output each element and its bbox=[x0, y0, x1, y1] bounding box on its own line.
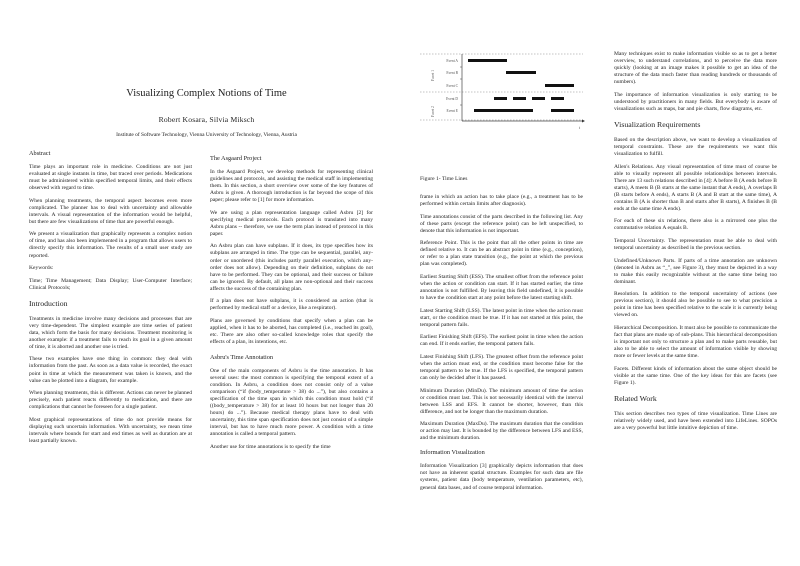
asgaard-paragraph: An Asbru plan can have subplans. If it d… bbox=[210, 243, 373, 292]
req-mirrored: For each of these six relations, there a… bbox=[614, 218, 777, 232]
req-resolution: Resolution. In addition to the temporal … bbox=[614, 291, 777, 319]
introduction-heading: Introduction bbox=[29, 299, 192, 308]
column-4: Many techniques exist to make informatio… bbox=[614, 51, 777, 437]
column-1: Abstract Time plays an important role in… bbox=[29, 150, 192, 450]
abstract-paragraph: We present a visualization that graphica… bbox=[29, 231, 192, 259]
keywords: Time; Time Management; Data Display; Use… bbox=[29, 278, 192, 292]
event-e-bar bbox=[551, 109, 574, 112]
time-lines-chart: t Facet 1 Facet 2 Event A Event B Event … bbox=[420, 49, 588, 177]
svg-text:Event E: Event E bbox=[447, 109, 459, 113]
event-a-bar bbox=[468, 59, 507, 62]
facet-1-label: Facet 1 bbox=[431, 70, 435, 81]
asgaard-paragraph: If a plan does not have subplans, it is … bbox=[210, 298, 373, 312]
requirements-intro: Based on the description above, we want … bbox=[614, 137, 777, 158]
event-d-bar bbox=[532, 97, 545, 100]
paragraph: Time annotations consist of the parts de… bbox=[420, 214, 583, 235]
column-3: frame in which an action has to take pla… bbox=[420, 194, 583, 497]
paper-authors: Robert Kosara, Silvia Miksch bbox=[0, 115, 413, 124]
intro-paragraph: These two examples have one thing in com… bbox=[29, 356, 192, 384]
paragraph: frame in which an action has to take pla… bbox=[420, 194, 583, 208]
infovis-paragraph: Information Visualization [3] graphicall… bbox=[420, 463, 583, 491]
keywords-heading: Keywords: bbox=[29, 265, 192, 272]
svg-text:Event C: Event C bbox=[446, 84, 458, 88]
asgaard-paragraph: We are using a plan representation langu… bbox=[210, 210, 373, 238]
term-maxdu: Maximum Duration (MaxDu). The maximum du… bbox=[420, 421, 583, 442]
term-lfs: Latest Finishing Shift (LFS). The greate… bbox=[420, 354, 583, 382]
event-d-bar bbox=[551, 97, 564, 100]
intro-paragraph: When planning treatments, this is differ… bbox=[29, 390, 192, 411]
term-lss: Latest Starting Shift (LSS). The latest … bbox=[420, 308, 583, 329]
event-c-bar bbox=[545, 84, 574, 87]
svg-text:Event A: Event A bbox=[446, 59, 458, 63]
term-reference-point: Reference Point. This is the point that … bbox=[420, 240, 583, 268]
time-annotation-heading: Asbru's Time Annotation bbox=[210, 354, 373, 362]
annotation-paragraph: Another use for time annotations is to s… bbox=[210, 444, 373, 451]
intro-paragraph: Treatments in medicine involve many deci… bbox=[29, 316, 192, 351]
paragraph: The importance of information visualizat… bbox=[614, 92, 777, 113]
asgaard-paragraph: In the Asgaard Project, we develop metho… bbox=[210, 169, 373, 204]
term-mindu: Minimum Duration (MinDu). The minimum am… bbox=[420, 388, 583, 416]
paper-title: Visualizing Complex Notions of Time bbox=[0, 88, 413, 99]
figure-time-lines: t Facet 1 Facet 2 Event A Event B Event … bbox=[420, 49, 588, 177]
requirements-heading: Visualization Requirements bbox=[614, 120, 777, 129]
req-hierarchical: Hierarchical Decomposition. It must also… bbox=[614, 325, 777, 360]
abstract-paragraph: Time plays an important role in medicine… bbox=[29, 164, 192, 192]
facet-2-label: Facet 2 bbox=[431, 106, 435, 117]
abstract-paragraph: When planning treatments, the temporal a… bbox=[29, 198, 192, 226]
paragraph: Many techniques exist to make informatio… bbox=[614, 51, 777, 86]
req-temporal-uncertainty: Temporal Uncertainty. The representation… bbox=[614, 238, 777, 252]
asgaard-heading: The Asgaard Project bbox=[210, 155, 373, 163]
term-ess: Earliest Starting Shift (ESS). The small… bbox=[420, 274, 583, 302]
svg-text:Event B: Event B bbox=[446, 71, 458, 75]
column-2: The Asgaard Project In the Asgaard Proje… bbox=[210, 155, 373, 457]
annotation-paragraph: One of the main components of Asbru is t… bbox=[210, 368, 373, 438]
infovis-heading: Information Visualization bbox=[420, 449, 583, 457]
intro-paragraph: Most graphical representations of time d… bbox=[29, 417, 192, 445]
related-paragraph: This section describes two types of time… bbox=[614, 411, 777, 432]
related-work-heading: Related Work bbox=[614, 394, 777, 403]
svg-text:Event D: Event D bbox=[446, 97, 458, 101]
req-undefined-parts: Undefined/Unknown Parts. If parts of a t… bbox=[614, 258, 777, 286]
figure-caption: Figure 1- Time Lines bbox=[420, 176, 467, 182]
abstract-heading: Abstract bbox=[29, 150, 192, 158]
term-efs: Earliest Finishing Shift (EFS). The earl… bbox=[420, 334, 583, 348]
event-d-bar bbox=[494, 97, 507, 100]
axis-label-t: t bbox=[579, 125, 581, 130]
req-allens-relations: Allen's Relations. Any visual representa… bbox=[614, 164, 777, 213]
event-b-bar bbox=[506, 71, 536, 74]
paper-affiliation: Institute of Software Technology, Vienna… bbox=[0, 132, 413, 138]
event-e-bar bbox=[474, 109, 533, 112]
asgaard-paragraph: Plans are governed by conditions that sp… bbox=[210, 318, 373, 346]
req-facets: Facets. Different kinds of information a… bbox=[614, 366, 777, 387]
event-d-bar bbox=[513, 97, 526, 100]
